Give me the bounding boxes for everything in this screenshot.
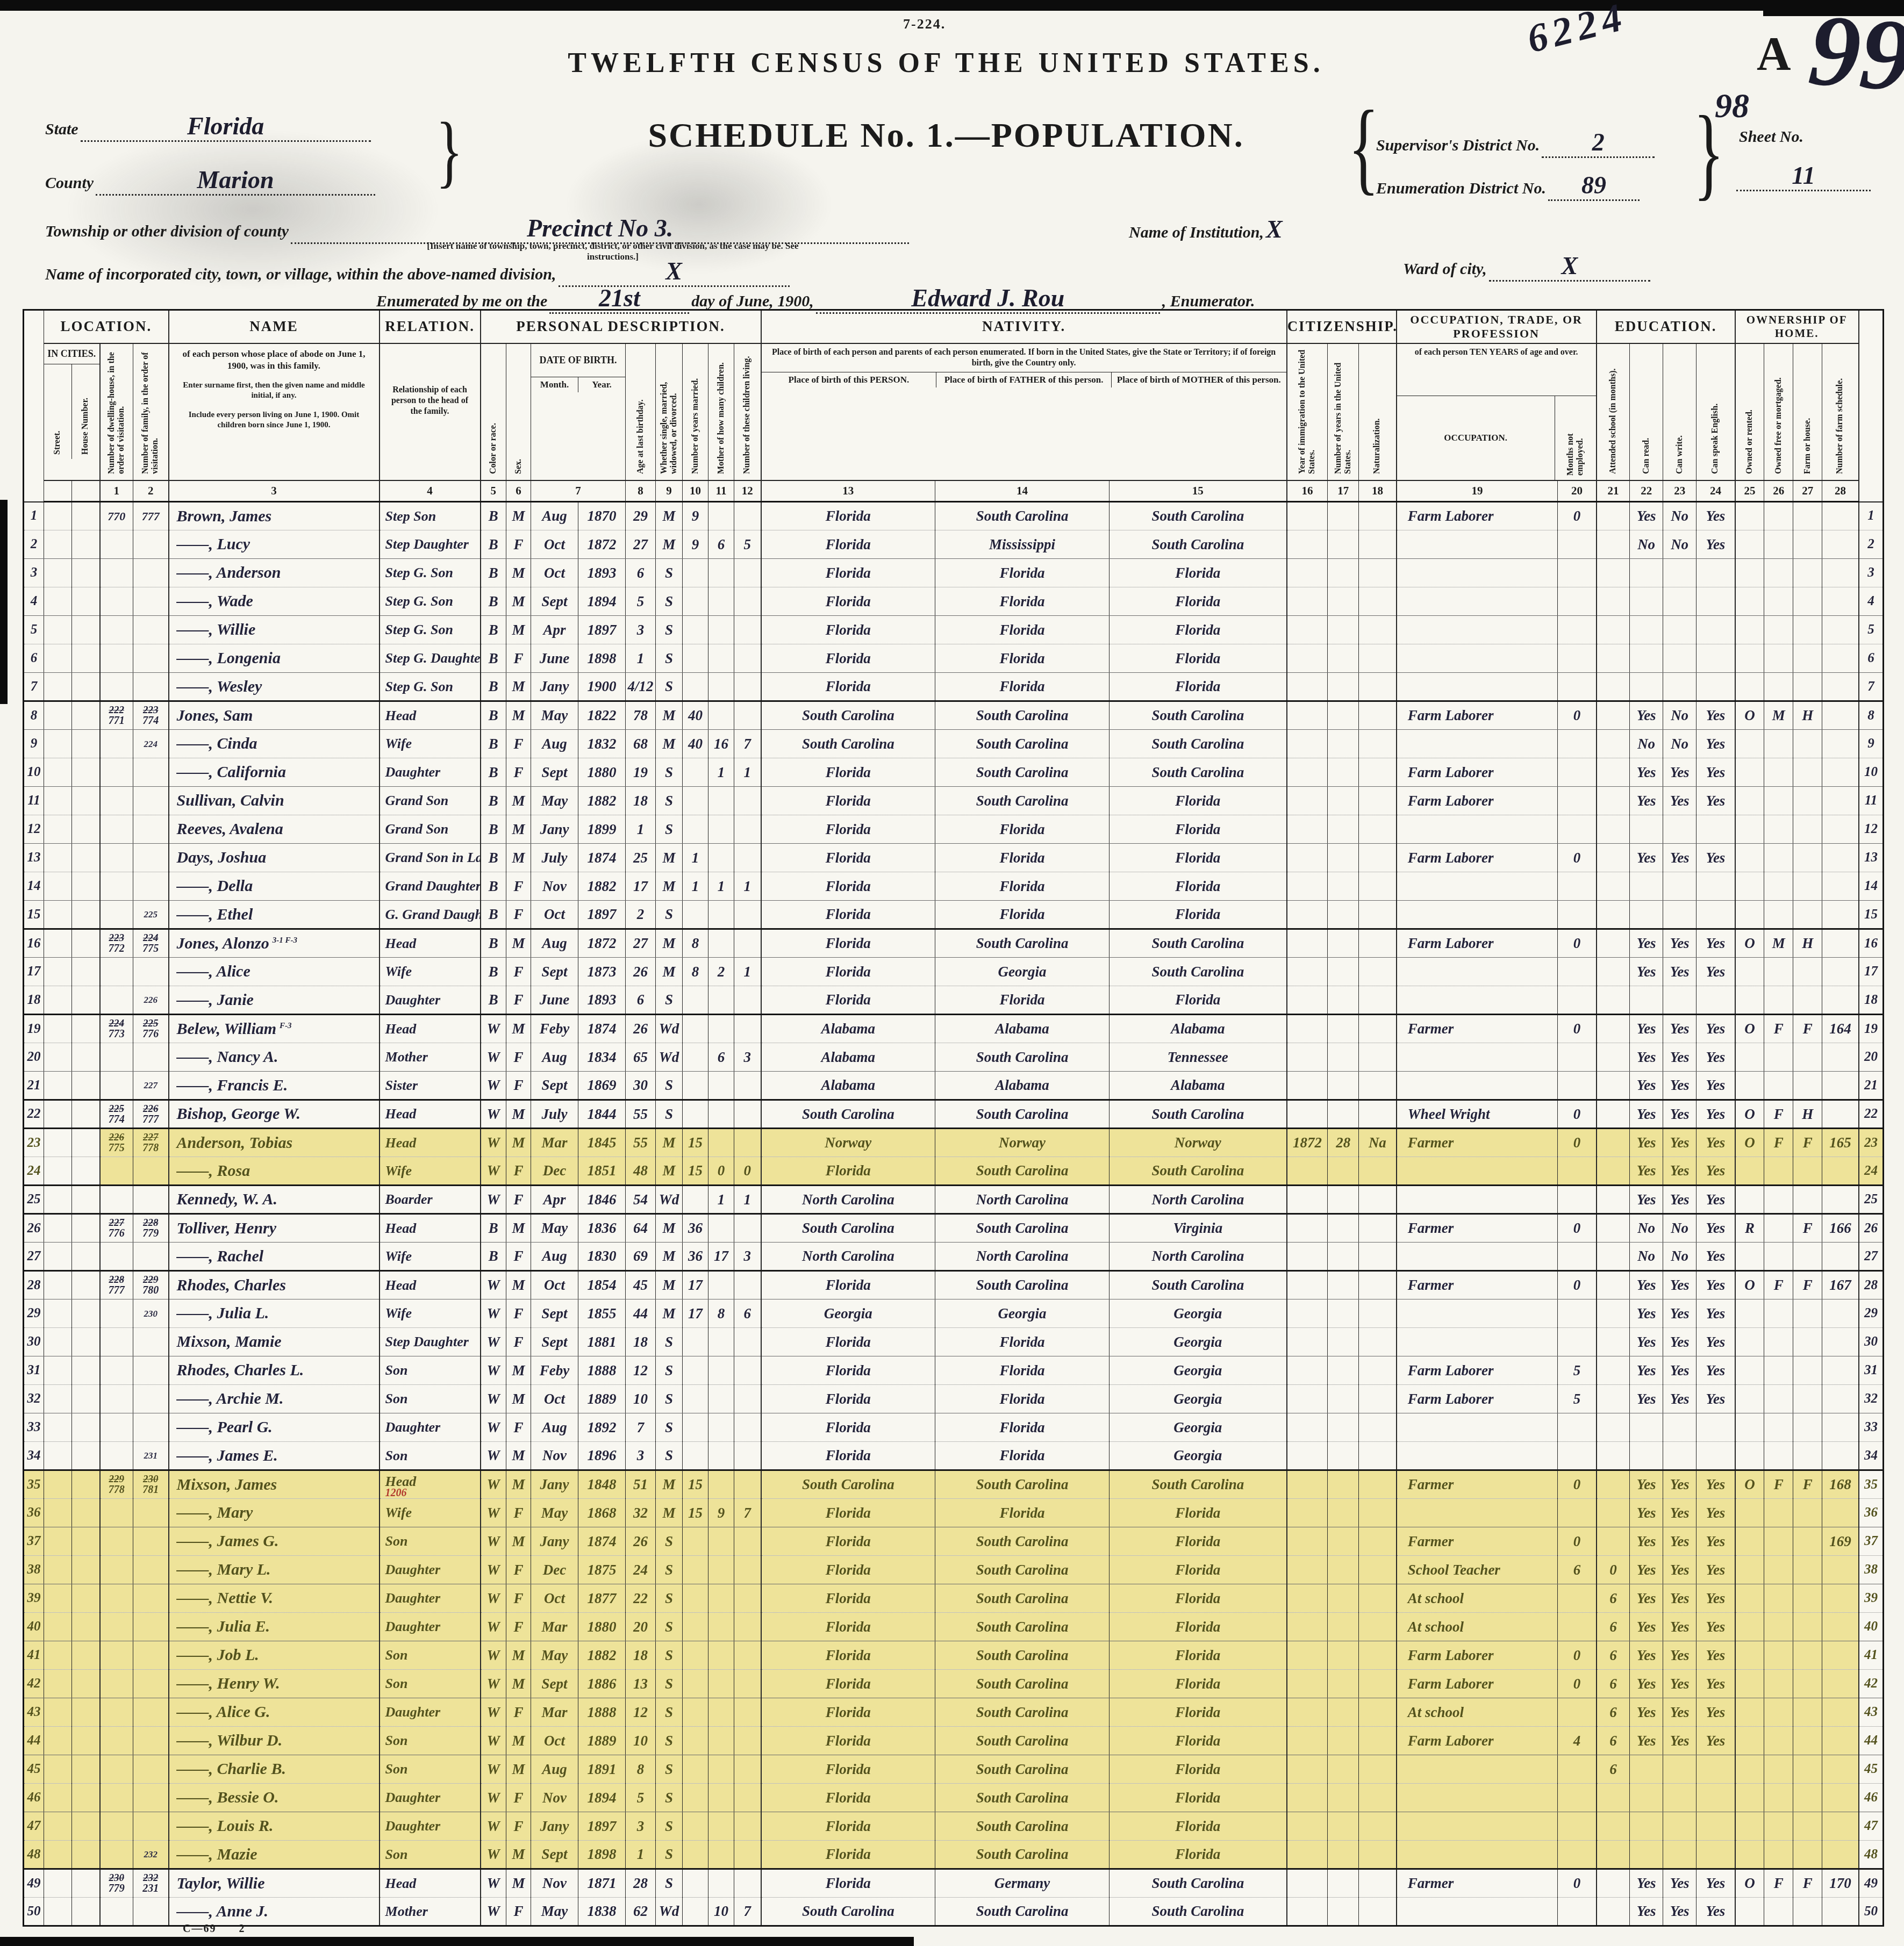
- cell-sc: [1597, 1527, 1630, 1556]
- row-number-right: 19: [1859, 1015, 1884, 1043]
- table-row: 40——, Julia E.DaughterWFMar188020SFlorid…: [24, 1613, 1884, 1641]
- group-name: NAME: [169, 310, 380, 343]
- cell-fa: [133, 1385, 169, 1413]
- cell-im: [1287, 1727, 1328, 1755]
- cell-ym: [683, 1527, 708, 1556]
- cell-ow: [1735, 1755, 1764, 1784]
- cell-ow: [1735, 587, 1764, 616]
- cell-pf: Florida: [935, 644, 1110, 673]
- cell-pb: Norway: [761, 1129, 935, 1157]
- cell-im: [1287, 1271, 1328, 1299]
- row-number-left: 22: [24, 1100, 44, 1129]
- cell-ma: S: [656, 1841, 683, 1869]
- cell-nm: ——, Wade: [169, 587, 380, 616]
- cell-fs: [1822, 1670, 1859, 1698]
- cell-mo: May: [531, 1214, 578, 1243]
- cell-st: [44, 559, 72, 587]
- cell-cl: [734, 787, 761, 815]
- cell-mc: 1: [708, 1186, 734, 1214]
- cell-im: [1287, 929, 1328, 958]
- cell-mo: July: [531, 1100, 578, 1129]
- cell-wr: Yes: [1663, 1043, 1697, 1072]
- cell-dw: [100, 1784, 133, 1812]
- cell-na: [1359, 1727, 1397, 1755]
- cell-oc: Farm Laborer: [1397, 1356, 1558, 1385]
- cell-fh: [1793, 1527, 1822, 1556]
- cell-fm: [1764, 1356, 1793, 1385]
- table-row: 45——, Charlie B.SonWMAug18918SFloridaSou…: [24, 1755, 1884, 1784]
- cell-pm: South Carolina: [1110, 530, 1287, 559]
- cell-dw: 223772: [100, 929, 133, 958]
- cell-pm: Alabama: [1110, 1015, 1287, 1043]
- cell-pm: Florida: [1110, 844, 1287, 872]
- row-number-left: 40: [24, 1613, 44, 1641]
- cell-pm: Florida: [1110, 559, 1287, 587]
- cell-wr: [1663, 673, 1697, 701]
- cell-pf: Florida: [935, 872, 1110, 901]
- cell-rd: [1630, 901, 1663, 929]
- cell-fa: [133, 872, 169, 901]
- cell-mc: [708, 1841, 734, 1869]
- cell-un: [1558, 1442, 1597, 1470]
- cell-im: [1287, 1698, 1328, 1727]
- cell-ag: 3: [626, 1442, 656, 1470]
- cell-fh: [1793, 1299, 1822, 1328]
- cell-co: B: [481, 787, 506, 815]
- cell-st: [44, 958, 72, 986]
- cell-im: [1287, 872, 1328, 901]
- cell-cl: [734, 1100, 761, 1129]
- cell-wr: Yes: [1663, 1129, 1697, 1157]
- cell-na: [1359, 1869, 1397, 1898]
- cell-sx: M: [506, 673, 531, 701]
- cell-en: Yes: [1697, 1271, 1735, 1299]
- cell-en: Yes: [1697, 1641, 1735, 1670]
- city-line: Name of incorporated city, town, or vill…: [45, 257, 790, 287]
- city-label: Name of incorporated city, town, or vill…: [45, 265, 556, 283]
- cell-pf: Alabama: [935, 1072, 1110, 1100]
- row-number-right: 36: [1859, 1499, 1884, 1527]
- cell-re: Head: [380, 701, 481, 730]
- row-number-right: 32: [1859, 1385, 1884, 1413]
- cell-yu: [1328, 815, 1359, 844]
- cell-un: [1558, 986, 1597, 1015]
- cell-wr: Yes: [1663, 1328, 1697, 1356]
- handwritten-99: 99: [1806, 0, 1904, 115]
- cell-en: Yes: [1697, 1470, 1735, 1499]
- col-occupation: OCCUPATION.: [1397, 396, 1555, 480]
- row-number-left: 44: [24, 1727, 44, 1755]
- row-number-right: 40: [1859, 1613, 1884, 1641]
- cell-co: B: [481, 986, 506, 1015]
- cell-fm: [1764, 986, 1793, 1015]
- cell-yu: [1328, 1271, 1359, 1299]
- cell-un: [1558, 1328, 1597, 1356]
- cell-pb: Florida: [761, 1527, 935, 1556]
- cell-ho: [72, 1698, 100, 1727]
- cell-im: [1287, 986, 1328, 1015]
- cell-en: Yes: [1697, 1214, 1735, 1243]
- cell-ho: [72, 872, 100, 901]
- cell-fh: [1793, 1356, 1822, 1385]
- form-header: 7-224. TWELFTH CENSUS OF THE UNITED STAT…: [0, 0, 1904, 309]
- cell-ow: [1735, 986, 1764, 1015]
- cell-fh: [1793, 559, 1822, 587]
- cell-ow: [1735, 1157, 1764, 1186]
- row-number-left: 6: [24, 644, 44, 673]
- cell-nm: ——, Julia E.: [169, 1613, 380, 1641]
- cell-ho: [72, 644, 100, 673]
- cell-na: [1359, 530, 1397, 559]
- cell-im: [1287, 815, 1328, 844]
- cell-ag: 26: [626, 1527, 656, 1556]
- cell-pb: Alabama: [761, 1072, 935, 1100]
- table-row: 23226775227778Anderson, TobiasHeadWMMar1…: [24, 1129, 1884, 1157]
- cell-oc: [1397, 872, 1558, 901]
- col-owned-rented: Owned or rented.: [1735, 343, 1764, 480]
- cell-fm: [1764, 1841, 1793, 1869]
- cell-fs: [1822, 1698, 1859, 1727]
- cell-cl: 1: [734, 1186, 761, 1214]
- city-value: X: [559, 257, 790, 287]
- enumerator-name: Edward J. Rou: [816, 284, 1160, 314]
- cell-im: [1287, 1556, 1328, 1584]
- table-row: 4——, WadeStep G. SonBMSept18945SFloridaF…: [24, 587, 1884, 616]
- cell-yr: 1892: [578, 1413, 626, 1442]
- col-can-read: Can read.: [1630, 343, 1663, 480]
- cell-na: [1359, 1499, 1397, 1527]
- cell-ag: 8: [626, 1755, 656, 1784]
- row-number-left: 26: [24, 1214, 44, 1243]
- cell-cl: 5: [734, 530, 761, 559]
- cell-sx: M: [506, 1100, 531, 1129]
- cell-pb: Florida: [761, 986, 935, 1015]
- cell-fs: [1822, 1613, 1859, 1641]
- cell-pm: Florida: [1110, 1584, 1287, 1613]
- cell-en: Yes: [1697, 701, 1735, 730]
- cell-fm: [1764, 1584, 1793, 1613]
- cell-st: [44, 1499, 72, 1527]
- cell-pf: North Carolina: [935, 1243, 1110, 1271]
- cell-fm: [1764, 1812, 1793, 1841]
- cell-rd: [1630, 1812, 1663, 1841]
- cell-dw: [100, 1072, 133, 1100]
- cell-fm: [1764, 673, 1793, 701]
- cell-ag: 54: [626, 1186, 656, 1214]
- cell-yr: 1898: [578, 1841, 626, 1869]
- colnum-4: 4: [380, 480, 481, 502]
- cell-fs: [1822, 701, 1859, 730]
- cell-ho: [72, 1243, 100, 1271]
- row-number-right: 31: [1859, 1356, 1884, 1385]
- cell-cl: [734, 1442, 761, 1470]
- cell-fs: [1822, 559, 1859, 587]
- cell-re: Daughter: [380, 986, 481, 1015]
- ward-line: Ward of city, X: [1403, 252, 1650, 282]
- cell-mc: [708, 673, 734, 701]
- row-number-right: 49: [1859, 1869, 1884, 1898]
- cell-ma: S: [656, 1556, 683, 1584]
- cell-fa: 226777: [133, 1100, 169, 1129]
- cell-nm: Brown, James: [169, 502, 380, 530]
- table-row: 21227——, Francis E.SisterWFSept186930SAl…: [24, 1072, 1884, 1100]
- cell-mo: June: [531, 644, 578, 673]
- cell-rd: [1630, 815, 1663, 844]
- cell-co: W: [481, 1015, 506, 1043]
- cell-sx: F: [506, 1328, 531, 1356]
- cell-yr: 1894: [578, 1784, 626, 1812]
- cell-un: [1558, 1613, 1597, 1641]
- cell-na: [1359, 1015, 1397, 1043]
- cell-nm: ——, Longenia: [169, 644, 380, 673]
- cell-na: [1359, 1755, 1397, 1784]
- cell-ho: [72, 1641, 100, 1670]
- cell-rd: [1630, 673, 1663, 701]
- cell-dw: [100, 1812, 133, 1841]
- cell-pf: South Carolina: [935, 1157, 1110, 1186]
- cell-un: [1558, 1413, 1597, 1442]
- table-row: 19224773225776Belew, WilliamF-3HeadWMFeb…: [24, 1015, 1884, 1043]
- cell-sc: [1597, 1015, 1630, 1043]
- cell-cl: [734, 1755, 761, 1784]
- cell-ag: 7: [626, 1413, 656, 1442]
- cell-un: 0: [1558, 502, 1597, 530]
- cell-yr: 1888: [578, 1698, 626, 1727]
- cell-pb: Florida: [761, 1328, 935, 1356]
- cell-ma: M: [656, 1470, 683, 1499]
- cell-ym: [683, 1072, 708, 1100]
- cell-rd: Yes: [1630, 958, 1663, 986]
- cell-fm: [1764, 644, 1793, 673]
- cell-cl: 0: [734, 1157, 761, 1186]
- cell-yu: [1328, 844, 1359, 872]
- cell-re: Head: [380, 1129, 481, 1157]
- cell-im: [1287, 1869, 1328, 1898]
- cell-st: [44, 901, 72, 929]
- cell-en: Yes: [1697, 502, 1735, 530]
- cell-fm: [1764, 730, 1793, 758]
- cell-pb: Florida: [761, 1670, 935, 1698]
- table-row: 2——, LucyStep DaughterBFOct187227M965Flo…: [24, 530, 1884, 559]
- cell-im: [1287, 1527, 1328, 1556]
- cell-ym: [683, 1898, 708, 1926]
- cell-im: [1287, 1157, 1328, 1186]
- cell-sc: [1597, 1100, 1630, 1129]
- cell-nm: Bishop, George W.: [169, 1100, 380, 1129]
- table-row: 20——, Nancy A.MotherWFAug183465Wd63Alaba…: [24, 1043, 1884, 1072]
- cell-un: 5: [1558, 1385, 1597, 1413]
- cell-mo: May: [531, 1641, 578, 1670]
- cell-fa: [133, 559, 169, 587]
- cell-cl: [734, 1556, 761, 1584]
- cell-co: W: [481, 1869, 506, 1898]
- cell-fs: 170: [1822, 1869, 1859, 1898]
- cell-mc: [708, 1613, 734, 1641]
- row-number-left: 37: [24, 1527, 44, 1556]
- cell-fs: [1822, 1812, 1859, 1841]
- cell-ma: M: [656, 1243, 683, 1271]
- cell-pf: Florida: [935, 673, 1110, 701]
- cell-pm: South Carolina: [1110, 1898, 1287, 1926]
- cell-co: B: [481, 844, 506, 872]
- cell-fm: [1764, 758, 1793, 787]
- group-ownership: OWNERSHIP OF HOME.: [1735, 310, 1859, 343]
- cell-dw: [100, 1186, 133, 1214]
- cell-sc: [1597, 929, 1630, 958]
- cell-re: Wife: [380, 1243, 481, 1271]
- cell-sx: F: [506, 1043, 531, 1072]
- cell-mc: [708, 1100, 734, 1129]
- cell-ho: [72, 1841, 100, 1869]
- cell-ho: [72, 673, 100, 701]
- cell-mo: July: [531, 844, 578, 872]
- colnum-20: 20: [1558, 480, 1597, 502]
- cell-ag: 29: [626, 502, 656, 530]
- cell-fh: [1793, 644, 1822, 673]
- cell-re: Mother: [380, 1043, 481, 1072]
- cell-yu: [1328, 787, 1359, 815]
- cell-mo: Aug: [531, 929, 578, 958]
- cell-nm: ——, Louis R.: [169, 1812, 380, 1841]
- cell-nm: ——, Alice: [169, 958, 380, 986]
- cell-ym: [683, 986, 708, 1015]
- cell-pb: Florida: [761, 559, 935, 587]
- row-number-left: 46: [24, 1784, 44, 1812]
- row-number-left: 9: [24, 730, 44, 758]
- cell-fs: [1822, 1413, 1859, 1442]
- cell-wr: No: [1663, 1243, 1697, 1271]
- cell-na: [1359, 587, 1397, 616]
- cell-ow: [1735, 1784, 1764, 1812]
- cell-un: [1558, 787, 1597, 815]
- cell-nm: Tolliver, Henry: [169, 1214, 380, 1243]
- cell-fh: [1793, 1442, 1822, 1470]
- cell-ag: 30: [626, 1072, 656, 1100]
- cell-rd: Yes: [1630, 1129, 1663, 1157]
- cell-st: [44, 1100, 72, 1129]
- cell-fa: 229780: [133, 1271, 169, 1299]
- sheet-letter: A: [1757, 27, 1791, 81]
- colnum-1: 1: [100, 480, 133, 502]
- cell-ow: [1735, 1527, 1764, 1556]
- cell-fh: [1793, 1755, 1822, 1784]
- cell-mc: [708, 787, 734, 815]
- cell-fm: [1764, 530, 1793, 559]
- row-number-left: 47: [24, 1812, 44, 1841]
- cell-oc: [1397, 1784, 1558, 1812]
- cell-pb: Florida: [761, 1584, 935, 1613]
- cell-pf: Florida: [935, 1413, 1110, 1442]
- row-number-left: 27: [24, 1243, 44, 1271]
- cell-wr: Yes: [1663, 1072, 1697, 1100]
- cell-fa: [133, 1043, 169, 1072]
- cell-st: [44, 1385, 72, 1413]
- cell-yu: [1328, 730, 1359, 758]
- cell-ow: O: [1735, 929, 1764, 958]
- col-street: Street.: [53, 369, 62, 455]
- cell-rd: Yes: [1630, 758, 1663, 787]
- cell-fm: F: [1764, 1129, 1793, 1157]
- cell-st: [44, 1869, 72, 1898]
- cell-ag: 45: [626, 1271, 656, 1299]
- cell-yr: 1875: [578, 1556, 626, 1584]
- cell-mo: Apr: [531, 1186, 578, 1214]
- colnum-23: 23: [1663, 480, 1697, 502]
- cell-na: [1359, 1670, 1397, 1698]
- cell-wr: Yes: [1663, 958, 1697, 986]
- cell-mo: Nov: [531, 1442, 578, 1470]
- cell-ho: [72, 1442, 100, 1470]
- cell-rd: Yes: [1630, 1385, 1663, 1413]
- cell-sx: F: [506, 1784, 531, 1812]
- cell-ma: S: [656, 1100, 683, 1129]
- cell-fs: [1822, 1072, 1859, 1100]
- cell-pm: North Carolina: [1110, 1186, 1287, 1214]
- cell-ma: S: [656, 758, 683, 787]
- cell-fa: 228779: [133, 1214, 169, 1243]
- cell-un: 0: [1558, 1470, 1597, 1499]
- enumerated-line: Enumerated by me on the 21st day of June…: [376, 284, 1255, 314]
- cell-oc: Farm Laborer: [1397, 787, 1558, 815]
- cell-rd: Yes: [1630, 787, 1663, 815]
- cell-ow: [1735, 1442, 1764, 1470]
- cell-im: [1287, 844, 1328, 872]
- cell-en: [1697, 1812, 1735, 1841]
- cell-co: W: [481, 1499, 506, 1527]
- row-number-left: 36: [24, 1499, 44, 1527]
- cell-fs: 168: [1822, 1470, 1859, 1499]
- cell-st: [44, 929, 72, 958]
- cell-pf: Florida: [935, 559, 1110, 587]
- cell-fh: H: [1793, 1100, 1822, 1129]
- cell-ag: 2: [626, 901, 656, 929]
- cell-sx: F: [506, 530, 531, 559]
- cell-co: W: [481, 1698, 506, 1727]
- cell-na: [1359, 815, 1397, 844]
- cell-co: B: [481, 673, 506, 701]
- cell-ow: [1735, 1299, 1764, 1328]
- cell-yr: 1855: [578, 1299, 626, 1328]
- cell-fh: [1793, 1727, 1822, 1755]
- cell-sc: [1597, 986, 1630, 1015]
- cell-ag: 65: [626, 1043, 656, 1072]
- cell-mo: Aug: [531, 1755, 578, 1784]
- cell-fm: [1764, 1385, 1793, 1413]
- cell-yr: 1872: [578, 530, 626, 559]
- cell-oc: [1397, 1442, 1558, 1470]
- cell-yr: 1836: [578, 1214, 626, 1243]
- cell-mc: [708, 1584, 734, 1613]
- cell-un: [1558, 758, 1597, 787]
- cell-fm: [1764, 1641, 1793, 1670]
- cell-mo: Oct: [531, 1385, 578, 1413]
- col-in-cities: IN CITIES. Street. House Number.: [44, 343, 100, 480]
- cell-pm: Florida: [1110, 1784, 1287, 1812]
- cell-en: Yes: [1697, 1613, 1735, 1641]
- cell-fm: [1764, 1413, 1793, 1442]
- cell-mc: 1: [708, 872, 734, 901]
- cell-st: [44, 1271, 72, 1299]
- cell-wr: Yes: [1663, 1470, 1697, 1499]
- cell-na: [1359, 1470, 1397, 1499]
- cell-yu: [1328, 1328, 1359, 1356]
- cell-pm: Florida: [1110, 1755, 1287, 1784]
- col-months-unemployed: Months not employed.: [1566, 400, 1585, 476]
- colnum-26: 26: [1764, 480, 1793, 502]
- cell-fs: [1822, 1043, 1859, 1072]
- cell-ym: [683, 901, 708, 929]
- cell-re: Wife: [380, 1299, 481, 1328]
